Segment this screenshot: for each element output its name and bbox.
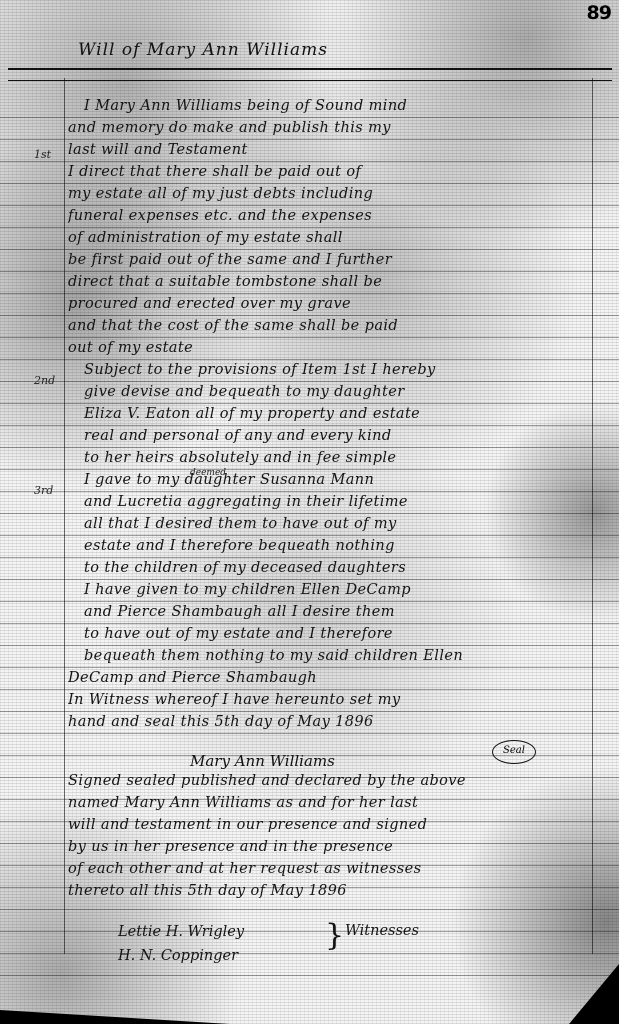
margin-note-item-3: 3rd xyxy=(34,484,53,497)
body-line: I gave to my daughter Susanna Mann xyxy=(68,469,588,491)
left-margin-rule xyxy=(64,78,65,954)
attestation-line: will and testament in our presence and s… xyxy=(68,814,588,836)
body-line: real and personal of any and every kind xyxy=(68,425,588,447)
body-line: out of my estate xyxy=(68,337,588,359)
body-line: estate and I therefore bequeath nothing xyxy=(68,535,588,557)
body-line: DeCamp and Pierce Shambaugh xyxy=(68,667,588,689)
body-line: bequeath them nothing to my said childre… xyxy=(68,645,588,667)
body-line: to the children of my deceased daughters xyxy=(68,557,588,579)
body-line: my estate all of my just debts including xyxy=(68,183,588,205)
body-line: I direct that there shall be paid out of xyxy=(68,161,588,183)
body-line: last will and Testament xyxy=(68,139,588,161)
body-line: all that I desired them to have out of m… xyxy=(68,513,588,535)
attestation-line: named Mary Ann Williams as and for her l… xyxy=(68,792,588,814)
body-line: direct that a suitable tombstone shall b… xyxy=(68,271,588,293)
attestation-clause: Signed sealed published and declared by … xyxy=(68,770,588,902)
will-body: I Mary Ann Williams being of Sound mind … xyxy=(68,95,588,733)
body-line: be first paid out of the same and I furt… xyxy=(68,249,588,271)
witness-signature: H. N. Coppinger xyxy=(118,944,244,968)
body-line: and that the cost of the same shall be p… xyxy=(68,315,588,337)
right-margin-rule xyxy=(592,78,593,954)
body-line: hand and seal this 5th day of May 1896 xyxy=(68,711,588,733)
page-corner-shadow xyxy=(569,964,619,1024)
header-rule-bottom xyxy=(8,80,612,81)
witness-signature: Lettie H. Wrigley xyxy=(118,920,244,944)
body-line: of administration of my estate shall xyxy=(68,227,588,249)
seal-mark: Seal xyxy=(492,740,536,764)
body-line: Eliza V. Eaton all of my property and es… xyxy=(68,403,588,425)
attestation-line: thereto all this 5th day of May 1896 xyxy=(68,880,588,902)
body-line: I have given to my children Ellen DeCamp xyxy=(68,579,588,601)
brace-icon: } xyxy=(325,918,344,953)
attestation-line: by us in her presence and in the presenc… xyxy=(68,836,588,858)
margin-note-item-2: 2nd xyxy=(34,374,55,387)
margin-note-item-1: 1st xyxy=(34,148,51,161)
scanned-will-page: 89 Will of Mary Ann Williams 1st 2nd 3rd… xyxy=(0,0,619,1024)
witnesses-label: Witnesses xyxy=(345,923,419,939)
body-line: give devise and bequeath to my daughter xyxy=(68,381,588,403)
body-line: Subject to the provisions of Item 1st I … xyxy=(68,359,588,381)
body-line: funeral expenses etc. and the expenses xyxy=(68,205,588,227)
body-line: and Pierce Shambaugh all I desire them xyxy=(68,601,588,623)
page-number: 89 xyxy=(587,2,611,24)
body-line: In Witness whereof I have hereunto set m… xyxy=(68,689,588,711)
body-line: procured and erected over my grave xyxy=(68,293,588,315)
attestation-line: of each other and at her request as witn… xyxy=(68,858,588,880)
page-bottom-edge-shadow xyxy=(0,1010,230,1024)
body-line: and Lucretia aggregating in their lifeti… xyxy=(68,491,588,513)
testator-signature: Mary Ann Williams xyxy=(190,752,335,770)
header-rule-top xyxy=(8,68,612,70)
body-line: and memory do make and publish this my xyxy=(68,117,588,139)
witness-signatures: Lettie H. Wrigley H. N. Coppinger xyxy=(118,920,244,968)
body-line: I Mary Ann Williams being of Sound mind xyxy=(68,95,588,117)
document-title: Will of Mary Ann Williams xyxy=(78,40,328,60)
body-line: to her heirs absolutely and in fee simpl… xyxy=(68,447,588,469)
body-line: to have out of my estate and I therefore xyxy=(68,623,588,645)
attestation-line: Signed sealed published and declared by … xyxy=(68,770,588,792)
